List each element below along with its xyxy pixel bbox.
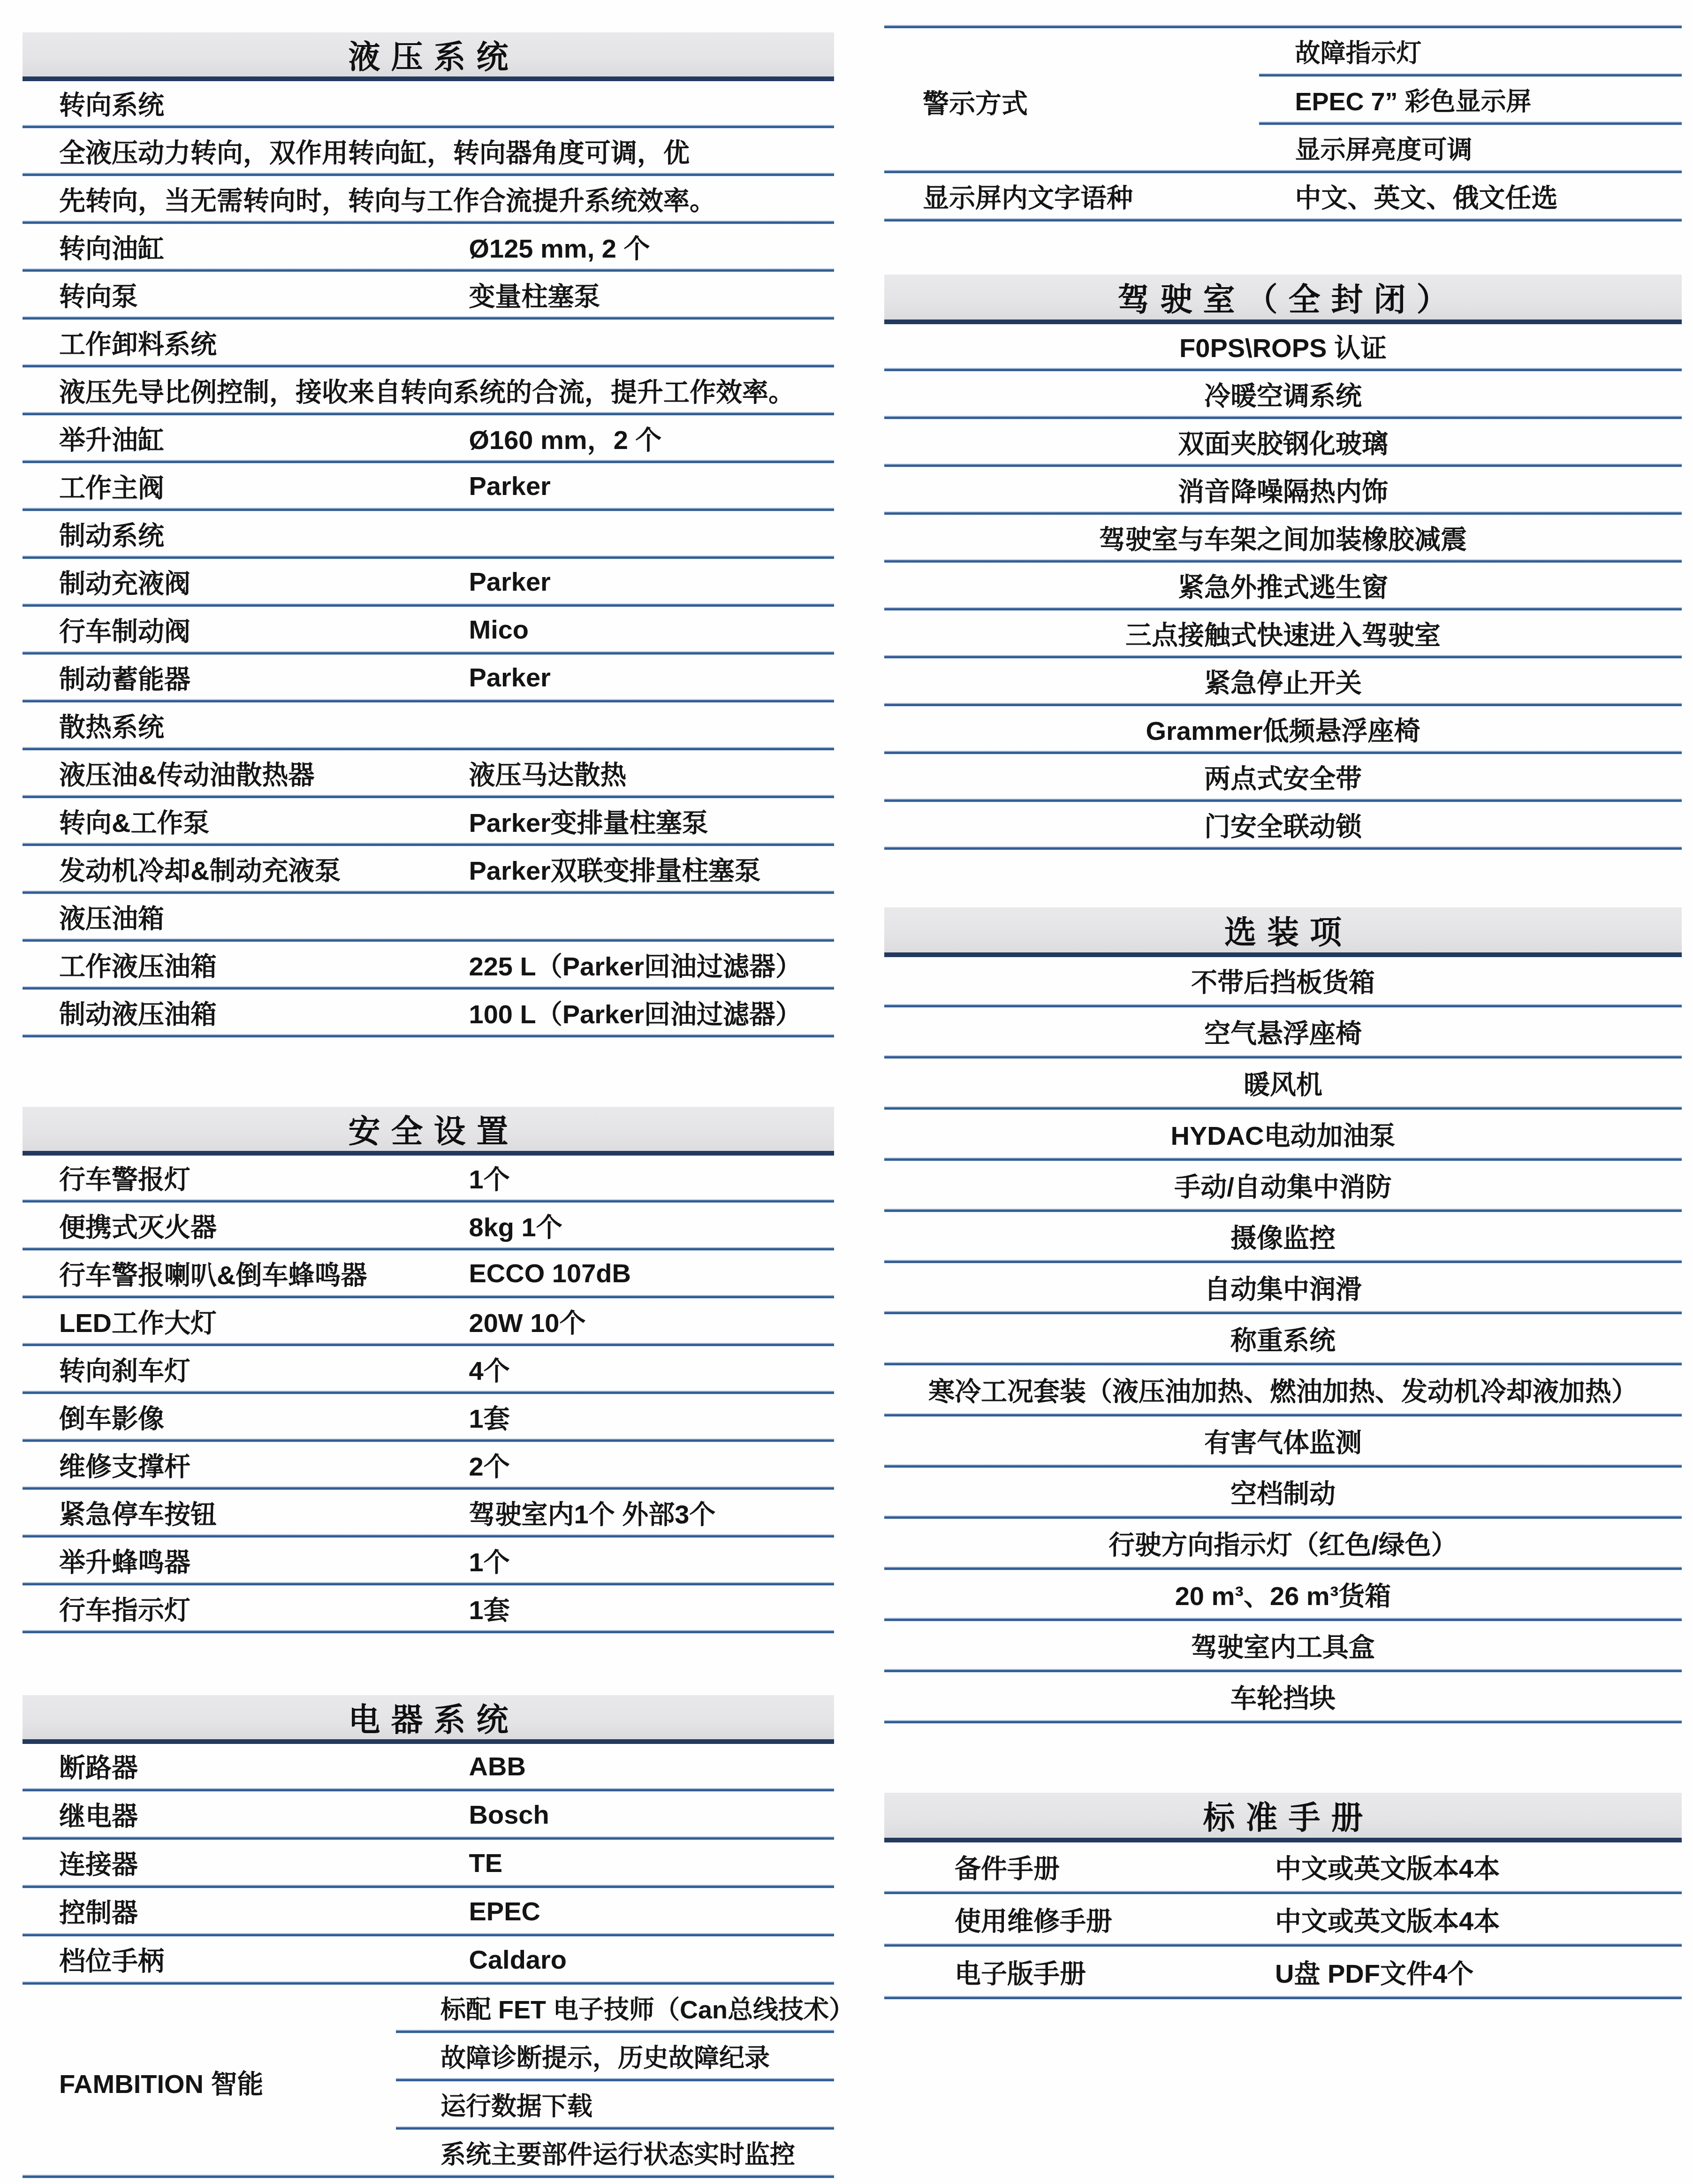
- spec-label: 液压油箱: [59, 898, 164, 936]
- spec-row: 行驶方向指示灯（红色/绿色）: [884, 1520, 1682, 1567]
- row-divider: [23, 1034, 834, 1038]
- spec-row: 转向泵变量柱塞泵: [23, 273, 834, 316]
- spec-value: 中文或英文版本4本: [1275, 1901, 1500, 1938]
- spec-subrow: 系统主要部件运行状态实时监控: [23, 2131, 834, 2175]
- row-divider: [23, 173, 834, 177]
- spec-value: 1个: [469, 1542, 510, 1579]
- row-divider: [884, 751, 1682, 755]
- spec-label: 液压油&传动油散热器: [59, 754, 314, 792]
- row-divider: [884, 1413, 1682, 1417]
- spec-label: 显示屏内文字语种: [923, 177, 1133, 215]
- spec-value: 225 L（Parker回油过滤器）: [469, 946, 802, 983]
- spec-item: 双面夹胶钢化玻璃: [1178, 423, 1388, 461]
- spec-row: 驾驶室与车架之间加装橡胶减震: [884, 516, 1682, 559]
- spec-row: LED工作大灯20W 10个: [23, 1299, 834, 1343]
- section-title: 液压系统: [337, 32, 519, 77]
- row-divider: [23, 747, 834, 751]
- spec-label: 制动充液阀: [59, 563, 190, 601]
- spec-value: 100 L（Parker回油过滤器）: [469, 994, 802, 1031]
- row-divider: [23, 1582, 834, 1586]
- spec-row: 行车警报灯1个: [23, 1156, 834, 1199]
- spec-row: 倒车影像1套: [23, 1395, 834, 1438]
- spec-item: 寒冷工况套装（液压油加热、燃油加热、发动机冷却液加热）: [928, 1371, 1638, 1408]
- spec-item: 行驶方向指示灯（红色/绿色）: [1108, 1524, 1458, 1562]
- spec-item: 门安全联动锁: [1204, 806, 1362, 844]
- row-divider: [23, 603, 834, 608]
- spec-row: 有害气体监测: [884, 1417, 1682, 1464]
- spec-value: 中文、英文、俄文任选: [1295, 177, 1558, 215]
- row-divider: [23, 1295, 834, 1299]
- spec-row: 寒冷工况套装（液压油加热、燃油加热、发动机冷却液加热）: [884, 1366, 1682, 1413]
- spec-item: 空档制动: [1230, 1473, 1336, 1511]
- spec-value: ECCO 107dB: [469, 1258, 631, 1288]
- spec-item: 驾驶室与车架之间加装橡胶减震: [1099, 519, 1467, 556]
- spec-value: 2个: [469, 1446, 510, 1484]
- row-divider: [23, 1788, 834, 1792]
- row-divider: [23, 508, 834, 512]
- spec-value: Ø125 mm, 2 个: [469, 228, 650, 266]
- spec-row: 制动充液阀Parker: [23, 560, 834, 603]
- row-divider: [23, 556, 834, 560]
- spec-value: 系统主要部件运行状态实时监控: [440, 2135, 795, 2171]
- row-divider: [884, 799, 1682, 803]
- section-electrical-system: 电器系统断路器ABB继电器Bosch连接器TE控制器EPEC档位手柄Caldar…: [23, 1695, 834, 2179]
- row-divider: [23, 1391, 834, 1395]
- spec-row: 备件手册中文或英文版本4本: [884, 1842, 1682, 1891]
- spec-row: HYDAC电动加油泵: [884, 1111, 1682, 1157]
- spec-value: Bosch: [469, 1799, 549, 1830]
- spec-label: 档位手柄: [59, 1940, 164, 1978]
- row-divider: [23, 699, 834, 703]
- spec-row: 行车指示灯1套: [23, 1586, 834, 1630]
- spec-value: 标配 FET 电子技师（Can总线技术）: [440, 1990, 854, 2026]
- spec-item: F0PS\ROPS 认证: [1179, 327, 1387, 365]
- row-divider: [884, 1567, 1682, 1571]
- spec-row: 20 m³、26 m³货箱: [884, 1571, 1682, 1618]
- section-header: 安全设置: [23, 1107, 834, 1156]
- spec-row: 暖风机: [884, 1059, 1682, 1106]
- spec-subrow: 故障诊断提示，历史故障纪录: [23, 2034, 834, 2078]
- spec-label: 转向&工作泵: [59, 802, 209, 840]
- spec-label: 转向油缸: [59, 228, 164, 266]
- row-divider: [884, 1260, 1682, 1264]
- spec-row: 转向油缸Ø125 mm, 2 个: [23, 225, 834, 268]
- row-divider: [23, 221, 834, 225]
- spec-label: 行车警报喇叭&倒车蜂鸣器: [59, 1255, 367, 1292]
- spec-item: 暖风机: [1244, 1064, 1322, 1102]
- row-divider: [23, 986, 834, 990]
- spec-row: 发动机冷却&制动充液泵Parker双联变排量柱塞泵: [23, 847, 834, 890]
- spec-item: 称重系统: [1230, 1320, 1336, 1357]
- spec-value: Ø160 mm，2 个: [469, 419, 662, 457]
- spec-row: 手动/自动集中消防: [884, 1162, 1682, 1209]
- row-divider: [23, 1486, 834, 1491]
- row-divider: [23, 268, 834, 273]
- row-divider: [884, 368, 1682, 372]
- spec-value: U盘 PDF文件4个: [1275, 1953, 1473, 1991]
- spec-item: 20 m³、26 m³货箱: [1175, 1575, 1391, 1613]
- spec-value: 变量柱塞泵: [469, 276, 600, 313]
- spec-value: 20W 10个: [469, 1302, 586, 1340]
- spec-row: 先转向，当无需转向时，转向与工作合流提升系统效率。: [23, 177, 834, 221]
- section-header: 电器系统: [23, 1695, 834, 1744]
- spec-row: 便携式灭火器8kg 1个: [23, 1203, 834, 1247]
- row-divider: [23, 890, 834, 895]
- spec-row: 工作卸料系统: [23, 320, 834, 364]
- spec-value: Parker: [469, 566, 551, 597]
- spec-value: 1个: [469, 1159, 510, 1196]
- spec-subrow: 故障指示灯: [884, 29, 1682, 73]
- row-divider: [23, 412, 834, 416]
- row-divider: [884, 1618, 1682, 1622]
- spec-row: 液压油&传动油散热器液压马达散热: [23, 751, 834, 795]
- row-divider-partial: [396, 2030, 834, 2034]
- row-divider: [884, 1362, 1682, 1366]
- row-divider: [23, 1199, 834, 1203]
- spec-row: 举升蜂鸣器1个: [23, 1538, 834, 1582]
- spec-row: 空气悬浮座椅: [884, 1008, 1682, 1055]
- row-divider: [884, 170, 1682, 174]
- spec-label: 工作卸料系统: [59, 324, 217, 361]
- spec-value: EPEC: [469, 1896, 541, 1926]
- spec-value: Parker: [469, 662, 551, 692]
- spec-item: HYDAC电动加油泵: [1170, 1115, 1395, 1153]
- spec-row: 制动蓄能器Parker: [23, 655, 834, 699]
- spec-row: 液压油箱: [23, 895, 834, 938]
- spec-value: 液压马达散热: [469, 754, 627, 792]
- spec-row: 空档制动: [884, 1469, 1682, 1515]
- section-header: 驾驶室（全封闭）: [884, 274, 1682, 324]
- spec-row: 称重系统: [884, 1315, 1682, 1362]
- row-divider-partial: [1259, 73, 1682, 77]
- spec-item: 消音降噪隔热内饰: [1178, 471, 1388, 509]
- spec-row: 液压先导比例控制，接收来自转向系统的合流，提升工作效率。: [23, 368, 834, 412]
- spec-label: 电子版手册: [955, 1953, 1086, 1991]
- spec-label: 转向系统: [59, 84, 164, 122]
- spec-label: 行车警报灯: [59, 1159, 190, 1196]
- spec-row: 连接器TE: [23, 1841, 834, 1885]
- row-divider: [884, 1943, 1682, 1948]
- section-header: 选装项: [884, 907, 1682, 957]
- spec-row: 转向&工作泵Parker变排量柱塞泵: [23, 799, 834, 843]
- spec-row: 驾驶室内工具盒: [884, 1622, 1682, 1669]
- row-divider: [884, 1891, 1682, 1895]
- spec-row: 消音降噪隔热内饰: [884, 468, 1682, 511]
- row-divider-partial: [1259, 122, 1682, 126]
- section-title: 标准手册: [1192, 1793, 1374, 1838]
- section-title: 选装项: [1214, 907, 1352, 953]
- section-options: 选装项不带后挡板货箱空气悬浮座椅暖风机HYDAC电动加油泵手动/自动集中消防摄像…: [884, 907, 1682, 1724]
- spec-row: 显示屏内文字语种中文、英文、俄文任选: [884, 174, 1682, 218]
- row-divider: [884, 1720, 1682, 1724]
- spec-label: 制动系统: [59, 515, 164, 553]
- row-divider-partial: [396, 2126, 834, 2131]
- row-divider: [23, 2175, 834, 2179]
- spec-row: 档位手柄Caldaro: [23, 1937, 834, 1981]
- row-divider: [23, 316, 834, 320]
- row-divider: [23, 938, 834, 943]
- spec-label: 工作液压油箱: [59, 946, 217, 983]
- row-divider: [884, 1209, 1682, 1213]
- spec-label: 工作主阀: [59, 467, 164, 505]
- spec-value: 8kg 1个: [469, 1207, 562, 1244]
- row-divider: [23, 1836, 834, 1841]
- spec-subrow: EPEC 7” 彩色显示屏: [884, 77, 1682, 122]
- spec-label: 散热系统: [59, 707, 164, 744]
- spec-item: 手动/自动集中消防: [1174, 1166, 1392, 1204]
- row-divider: [23, 1981, 834, 1986]
- spec-label: 转向泵: [59, 276, 138, 313]
- section-header: 标准手册: [884, 1793, 1682, 1842]
- spec-value: 1套: [469, 1398, 510, 1436]
- spec-row: 冷暖空调系统: [884, 372, 1682, 416]
- row-divider: [23, 795, 834, 799]
- row-divider: [23, 364, 834, 368]
- spec-row: 门安全联动锁: [884, 803, 1682, 846]
- spec-value: Parker双联变排量柱塞泵: [469, 850, 761, 888]
- spec-value: 驾驶室内1个 外部3个: [469, 1494, 716, 1531]
- row-divider: [884, 655, 1682, 659]
- spec-value: 显示屏亮度可调: [1295, 130, 1473, 166]
- spec-item: 自动集中润滑: [1204, 1269, 1362, 1306]
- row-divider: [884, 1055, 1682, 1059]
- section-manuals: 标准手册备件手册中文或英文版本4本使用维修手册中文或英文版本4本电子版手册U盘 …: [884, 1793, 1682, 2000]
- spec-subrow: 标配 FET 电子技师（Can总线技术）: [23, 1986, 834, 2030]
- spec-value: EPEC 7” 彩色显示屏: [1295, 82, 1532, 118]
- spec-value: 故障指示灯: [1295, 33, 1422, 69]
- spec-row: 全液压动力转向，双作用转向缸，转向器角度可调，优: [23, 129, 834, 173]
- spec-label: 行车指示灯: [59, 1590, 190, 1627]
- row-divider: [23, 1630, 834, 1634]
- spec-value: Caldaro: [469, 1944, 567, 1975]
- spec-row: 紧急停车按钮驾驶室内1个 外部3个: [23, 1491, 834, 1534]
- spec-row: 继电器Bosch: [23, 1792, 834, 1836]
- spec-label: 继电器: [59, 1796, 138, 1833]
- spec-row: 行车警报喇叭&倒车蜂鸣器ECCO 107dB: [23, 1251, 834, 1295]
- spec-row: 电子版手册U盘 PDF文件4个: [884, 1948, 1682, 1996]
- section-display-warning: 警示方式故障指示灯EPEC 7” 彩色显示屏显示屏亮度可调显示屏内文字语种中文、…: [884, 25, 1682, 222]
- row-divider: [23, 1933, 834, 1937]
- spec-row-group: 警示方式故障指示灯EPEC 7” 彩色显示屏显示屏亮度可调: [884, 29, 1682, 174]
- section-header: 液压系统: [23, 32, 834, 81]
- spec-item: Grammer低频悬浮座椅: [1146, 710, 1420, 748]
- right-column: 警示方式故障指示灯EPEC 7” 彩色显示屏显示屏亮度可调显示屏内文字语种中文、…: [884, 0, 1682, 2184]
- row-divider: [884, 1996, 1682, 2000]
- spec-row: 制动系统: [23, 512, 834, 556]
- spec-subrow: 显示屏亮度可调: [884, 126, 1682, 170]
- section-cab: 驾驶室（全封闭）F0PS\ROPS 认证冷暖空调系统双面夹胶钢化玻璃消音降噪隔热…: [884, 274, 1682, 851]
- spec-item: 两点式安全带: [1204, 758, 1362, 796]
- row-divider: [884, 559, 1682, 563]
- spec-row: 转向刹车灯4个: [23, 1347, 834, 1391]
- row-divider: [884, 846, 1682, 851]
- spec-item: 紧急停止开关: [1204, 662, 1362, 700]
- spec-row: 车轮挡块: [884, 1673, 1682, 1720]
- spec-subrow: 运行数据下载: [23, 2082, 834, 2126]
- spec-label: 发动机冷却&制动充液泵: [59, 850, 341, 888]
- spec-label: 倒车影像: [59, 1398, 164, 1436]
- spec-row: 散热系统: [23, 703, 834, 747]
- spec-row: 两点式安全带: [884, 755, 1682, 799]
- row-divider-partial: [396, 2078, 834, 2082]
- spec-row: 摄像监控: [884, 1213, 1682, 1260]
- spec-label: 制动液压油箱: [59, 994, 217, 1031]
- spec-label: 举升蜂鸣器: [59, 1542, 190, 1579]
- spec-value: 中文或英文版本4本: [1275, 1848, 1500, 1886]
- spec-label: 紧急停车按钮: [59, 1494, 217, 1531]
- spec-description: 全液压动力转向，双作用转向缸，转向器角度可调，优: [59, 132, 690, 170]
- spec-row: 断路器ABB: [23, 1744, 834, 1788]
- spec-item: 摄像监控: [1230, 1218, 1336, 1255]
- spec-value: Parker: [469, 471, 551, 501]
- row-divider: [884, 1004, 1682, 1008]
- row-divider: [23, 460, 834, 464]
- row-divider: [884, 1106, 1682, 1111]
- spec-row: 工作液压油箱225 L（Parker回油过滤器）: [23, 943, 834, 986]
- spec-row: Grammer低频悬浮座椅: [884, 707, 1682, 751]
- spec-row: 行车制动阀Mico: [23, 608, 834, 651]
- row-divider: [884, 416, 1682, 420]
- row-divider: [884, 464, 1682, 468]
- section-safety-equipment: 安全设置行车警报灯1个便携式灭火器8kg 1个行车警报喇叭&倒车蜂鸣器ECCO …: [23, 1107, 834, 1634]
- spec-row: 维修支撑杆2个: [23, 1443, 834, 1486]
- spec-row: 举升油缸Ø160 mm，2 个: [23, 416, 834, 460]
- spec-sheet-page: { "colors":{ "page_bg":"#fefefe", "heade…: [0, 0, 1693, 2184]
- spec-item: 冷暖空调系统: [1204, 375, 1362, 413]
- spec-label: 连接器: [59, 1844, 138, 1881]
- row-divider: [884, 1157, 1682, 1162]
- spec-item: 有害气体监测: [1204, 1422, 1362, 1460]
- row-divider: [884, 511, 1682, 516]
- spec-item: 紧急外推式逃生窗: [1178, 567, 1388, 604]
- spec-row-group: FAMBITION 智能标配 FET 电子技师（Can总线技术）故障诊断提示，历…: [23, 1986, 834, 2179]
- spec-row: 双面夹胶钢化玻璃: [884, 420, 1682, 464]
- row-divider: [884, 218, 1682, 222]
- spec-value: ABB: [469, 1751, 526, 1781]
- spec-value: Mico: [469, 614, 529, 645]
- spec-row: 紧急外推式逃生窗: [884, 563, 1682, 607]
- spec-item: 空气悬浮座椅: [1204, 1013, 1362, 1050]
- spec-item: 不带后挡板货箱: [1191, 962, 1375, 999]
- spec-row: 转向系统: [23, 81, 834, 125]
- section-title: 驾驶室（全封闭）: [1107, 274, 1459, 320]
- left-column: 液压系统转向系统全液压动力转向，双作用转向缸，转向器角度可调，优先转向，当无需转…: [23, 0, 834, 2184]
- row-divider: [884, 1311, 1682, 1315]
- spec-label: 断路器: [59, 1747, 138, 1785]
- spec-row: 工作主阀Parker: [23, 464, 834, 508]
- spec-value: 1套: [469, 1590, 510, 1627]
- row-divider: [23, 125, 834, 129]
- spec-row: 不带后挡板货箱: [884, 957, 1682, 1004]
- row-divider: [23, 1534, 834, 1538]
- spec-row: 制动液压油箱100 L（Parker回油过滤器）: [23, 990, 834, 1034]
- spec-item: 驾驶室内工具盒: [1191, 1627, 1375, 1664]
- spec-row: F0PS\ROPS 认证: [884, 324, 1682, 368]
- spec-label: 控制器: [59, 1892, 138, 1930]
- spec-label: 便携式灭火器: [59, 1207, 217, 1244]
- section-hydraulic-system: 液压系统转向系统全液压动力转向，双作用转向缸，转向器角度可调，优先转向，当无需转…: [23, 32, 834, 1038]
- row-divider: [884, 1669, 1682, 1673]
- row-divider: [884, 1464, 1682, 1469]
- spec-label: 举升油缸: [59, 419, 164, 457]
- spec-row: 使用维修手册中文或英文版本4本: [884, 1895, 1682, 1943]
- spec-label: 使用维修手册: [955, 1901, 1112, 1938]
- spec-value: 运行数据下载: [440, 2086, 592, 2123]
- spec-description: 先转向，当无需转向时，转向与工作合流提升系统效率。: [59, 180, 716, 218]
- row-divider: [23, 1247, 834, 1251]
- spec-value: Parker变排量柱塞泵: [469, 802, 708, 840]
- spec-label: 备件手册: [955, 1848, 1060, 1886]
- spec-label: LED工作大灯: [59, 1302, 217, 1340]
- spec-value: TE: [469, 1848, 503, 1878]
- spec-item: 车轮挡块: [1230, 1678, 1336, 1715]
- row-divider-top: [884, 25, 1682, 29]
- row-divider: [23, 1885, 834, 1889]
- spec-value: 4个: [469, 1350, 510, 1388]
- row-divider: [23, 651, 834, 655]
- row-divider: [884, 1515, 1682, 1520]
- spec-description: 液压先导比例控制，接收来自转向系统的合流，提升工作效率。: [59, 372, 795, 409]
- spec-label: 维修支撑杆: [59, 1446, 190, 1484]
- spec-label: 行车制动阀: [59, 611, 190, 648]
- row-divider: [884, 607, 1682, 611]
- spec-row: 自动集中润滑: [884, 1264, 1682, 1311]
- spec-row: 三点接触式快速进入驾驶室: [884, 611, 1682, 655]
- spec-item: 三点接触式快速进入驾驶室: [1125, 615, 1441, 652]
- spec-value: 故障诊断提示，历史故障纪录: [440, 2038, 770, 2074]
- spec-label: 转向刹车灯: [59, 1350, 190, 1388]
- row-divider: [23, 1438, 834, 1443]
- row-divider: [23, 1343, 834, 1347]
- spec-row: 控制器EPEC: [23, 1889, 834, 1933]
- spec-row: 紧急停止开关: [884, 659, 1682, 703]
- row-divider: [884, 703, 1682, 707]
- section-title: 安全设置: [337, 1106, 519, 1152]
- spec-label: 制动蓄能器: [59, 659, 190, 696]
- section-title: 电器系统: [337, 1695, 519, 1740]
- row-divider: [23, 843, 834, 847]
